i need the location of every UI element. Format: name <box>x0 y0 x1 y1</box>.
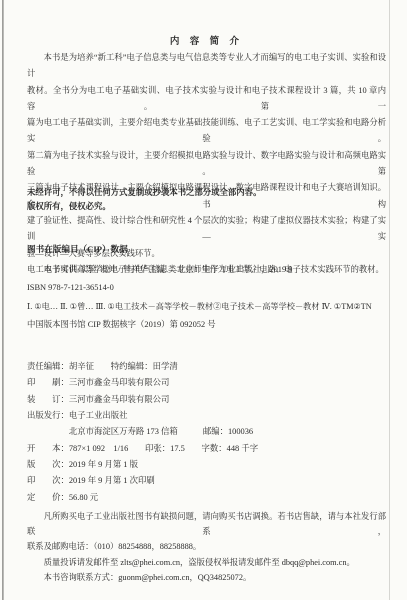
summary-line: 本书是为培养“新工科”电子信息类与电气信息类等专业人才而编写的电工电子实训、实验… <box>27 50 386 83</box>
summary-line: 建了验证性、提高性、设计综合性和研究性 4 个层次的实验；构建了虚拟仪器技术实验… <box>27 213 386 246</box>
cip-heading: 图书在版编目（CIP）数据 <box>27 243 386 255</box>
contact-line: 本书咨询联系方式：guonm@phei.com.cn，QQ34825072。 <box>27 570 386 585</box>
scan-edge-right <box>389 0 390 600</box>
summary-line: 教材。全书分为电工电子基础实训、电子技术实验与设计和电子技术课程设计 3 篇，共… <box>27 83 386 116</box>
colophon-printing-line: 印 次：2019 年 9 月第 1 次印刷 <box>27 473 386 489</box>
colophon-editors-line: 责任编辑：胡辛征 特约编辑：田学清 <box>27 359 386 375</box>
summary-line: 第二篇为电子技术实验与设计，主要介绍模拟电路实验与设计、数字电路实验与设计和高频… <box>27 148 386 181</box>
cip-classification-line: Ⅰ. ①电… Ⅱ. ①曾… Ⅲ. ①电工技术－高等学校－教材②电子技术－高等学校… <box>27 301 386 312</box>
contact-line: 联系及邮购电话：（010）88254888，88258888。 <box>27 539 386 554</box>
colophon-format-line: 开 本：787×1 092 1/16 印张：17.5 字数：448 千字 <box>27 441 386 457</box>
colophon-printer-line: 印 刷：三河市鑫金马印装有限公司 <box>27 375 386 391</box>
cip-record-line: 中国版本图书馆 CIP 数据核字（2019）第 092052 号 <box>27 318 386 330</box>
summary-line: 篇为电工电子基础实训，主要介绍电类专业基础技能训练、电子工艺实训、电工学实验和电… <box>27 115 386 148</box>
colophon-edition-line: 版 次：2019 年 9 月第 1 版 <box>27 457 386 473</box>
cip-isbn-line: ISBN 978-7-121-36514-0 <box>27 283 386 292</box>
contact-line: 凡所购买电子工业出版社图书有缺损问题，请向购买书店调换。若书店售缺，请与本社发行… <box>27 509 386 539</box>
copyright-page: 内 容 简 介 本书是为培养“新工科”电子信息类与电气信息类等专业人才而编写的电… <box>0 0 407 600</box>
copyright-notice: 未经许可，不得以任何方式复制或抄袭本书之部分或全部内容。 版权所有，侵权必究。 <box>27 186 386 213</box>
content-summary-title: 内 容 简 介 <box>27 33 386 47</box>
notice-line: 版权所有，侵权必究。 <box>27 200 386 214</box>
contact-line: 质量投诉请发邮件至 zlts@phei.com.cn，盗版侵权举报请发邮件至 d… <box>27 555 386 570</box>
scan-edge-left <box>2 0 4 600</box>
notice-line: 未经许可，不得以任何方式复制或抄袭本书之部分或全部内容。 <box>27 186 386 200</box>
contact-info: 凡所购买电子工业出版社图书有缺损问题，请向购买书店调换。若书店售缺，请与本社发行… <box>27 509 386 585</box>
cip-title-line: 电工电子实训·实验·设计 / 曾祥华主编. —北京：电子工业出版社，2019.9 <box>27 263 386 275</box>
colophon-binder-line: 装 订：三河市鑫金马印装有限公司 <box>27 392 386 408</box>
colophon-address-line: 北京市海淀区万寿路 173 信箱 邮编：100036 <box>27 424 386 440</box>
colophon: 责任编辑：胡辛征 特约编辑：田学清 印 刷：三河市鑫金马印装有限公司 装 订：三… <box>27 359 386 506</box>
colophon-publisher-line: 出版发行：电子工业出版社 <box>27 408 386 424</box>
colophon-price-line: 定 价：56.80 元 <box>27 490 386 506</box>
